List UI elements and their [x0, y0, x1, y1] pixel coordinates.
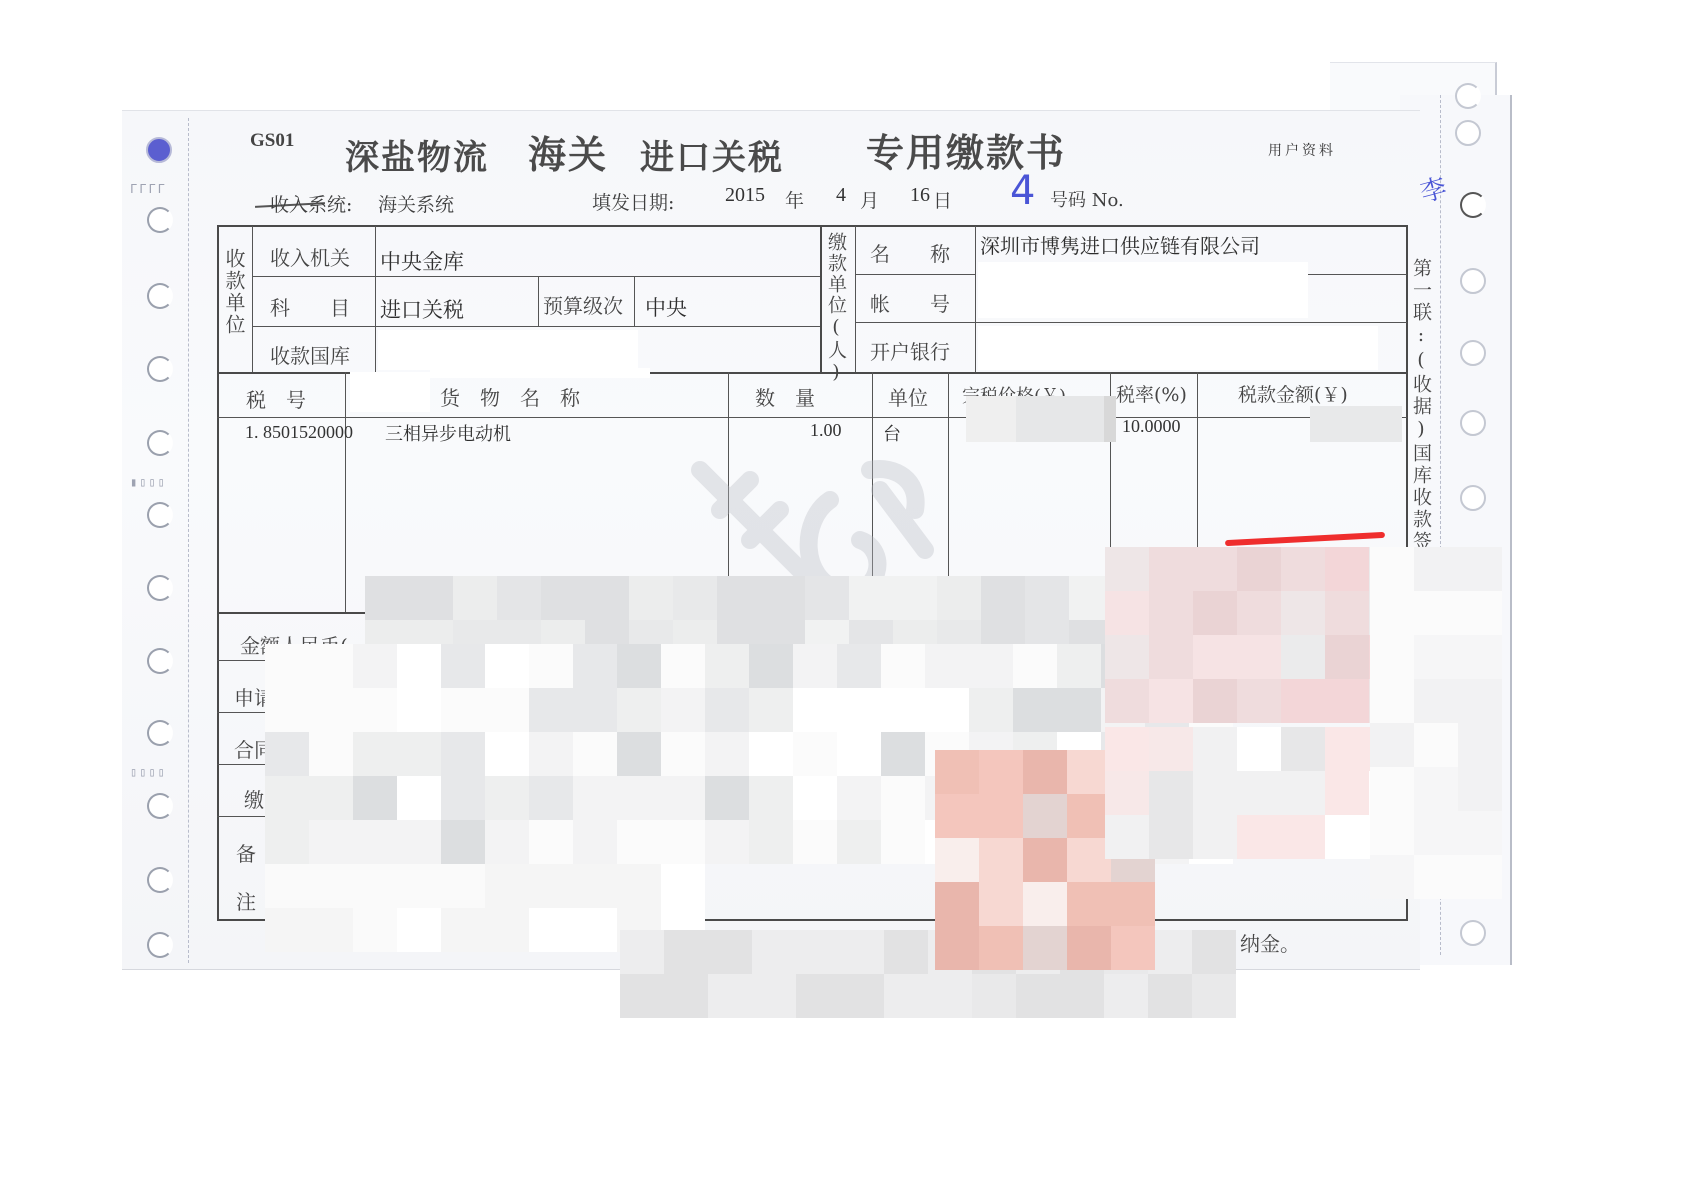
- mosaic-tile: [309, 688, 353, 732]
- mosaic-tile: [573, 908, 617, 952]
- mosaic-tile: [749, 688, 793, 732]
- mosaic-tile: [793, 644, 837, 688]
- corner-stamp-text: 用户资料: [1268, 140, 1336, 160]
- mosaic-tile: [749, 776, 793, 820]
- mosaic-tile: [1237, 635, 1281, 679]
- row-tax-code: 1. 8501520000: [245, 422, 353, 443]
- mosaic-tile: [1149, 815, 1193, 859]
- income-system-value: 海关系统: [378, 190, 454, 217]
- mosaic-tile: [881, 644, 925, 688]
- mosaic-tile: [1023, 838, 1067, 882]
- mosaic-tile: [925, 688, 969, 732]
- mosaic-tile: [397, 732, 441, 776]
- mosaic-tile: [705, 644, 749, 688]
- mosaic-tile: [1193, 771, 1237, 815]
- mosaic-tile: [752, 974, 796, 1018]
- mosaic-tile: [1414, 591, 1458, 635]
- mosaic-tile: [708, 930, 752, 974]
- mosaic-tile: [884, 930, 928, 974]
- mosaic-tile: [1104, 974, 1148, 1018]
- mosaic-tile: [1060, 974, 1104, 1018]
- day-unit: 日: [933, 186, 952, 213]
- mosaic-tile: [1325, 547, 1369, 591]
- punch-hole-icon: [147, 867, 173, 893]
- col-header-unit: 单位: [888, 382, 928, 411]
- mosaic-tile: [1458, 811, 1502, 855]
- mosaic-tile: [793, 776, 837, 820]
- mosaic-tile: [1237, 591, 1281, 635]
- mosaic-tile: [485, 864, 529, 908]
- mosaic-tile: [617, 820, 661, 864]
- punch-hole-icon: [147, 502, 173, 528]
- mosaic-tile: [397, 644, 441, 688]
- mosaic-tile: [485, 644, 529, 688]
- mosaic-tile: [353, 776, 397, 820]
- mosaic-tile: [1237, 547, 1281, 591]
- mosaic-tile: [409, 576, 453, 620]
- mosaic-tile: [979, 794, 1023, 838]
- grid-line: [855, 226, 856, 372]
- mosaic-tile: [1192, 930, 1236, 974]
- punch-hole-icon: [147, 430, 173, 456]
- perforation-ticks: ▮▯▯▯: [130, 475, 167, 489]
- mosaic-tile: [1025, 576, 1069, 620]
- payer-name-value: 深圳市博隽进口供应链有限公司: [980, 230, 1260, 259]
- redacted-bank: [978, 326, 1378, 370]
- mosaic-tile: [620, 974, 664, 1018]
- mosaic-tile: [661, 732, 705, 776]
- punch-hole-icon: [1460, 485, 1486, 511]
- punch-hole-icon: [1460, 340, 1486, 366]
- grid-line: [252, 226, 253, 372]
- mosaic-tile: [485, 776, 529, 820]
- mosaic-tile: [397, 820, 441, 864]
- mosaic-tile: [617, 688, 661, 732]
- mosaic-tile: [1281, 635, 1325, 679]
- mosaic-tile: [1414, 855, 1458, 899]
- mosaic-tile: [265, 776, 309, 820]
- mosaic-tile: [837, 688, 881, 732]
- mosaic-tile: [1458, 591, 1502, 635]
- mosaic-tile: [265, 820, 309, 864]
- mosaic-tile: [752, 930, 796, 974]
- mosaic-tile: [661, 644, 705, 688]
- copy-designation-label: 第一联:(收据)国库收款签章: [1410, 258, 1432, 558]
- mosaic-tile: [705, 688, 749, 732]
- mosaic-tile: [1237, 815, 1281, 859]
- mosaic-tile: [1013, 644, 1057, 688]
- mosaic-tile: [441, 644, 485, 688]
- mosaic-tile: [1370, 855, 1414, 899]
- mosaic-tile: [793, 820, 837, 864]
- mosaic-tile: [1149, 547, 1193, 591]
- redacted-treasury: [378, 330, 638, 370]
- mosaic-tile: [1237, 679, 1281, 723]
- mosaic-tile: [1325, 591, 1369, 635]
- mosaic-tile: [1023, 794, 1067, 838]
- mosaic-tile: [1458, 547, 1502, 591]
- mosaic-tile: [441, 776, 485, 820]
- col-header-goods-name: 货 物 名 称: [440, 382, 580, 411]
- redacted-account: [978, 262, 1308, 318]
- mosaic-tile: [529, 732, 573, 776]
- mosaic-tile: [673, 576, 717, 620]
- mosaic-tile: [979, 882, 1023, 926]
- mosaic-tile: [1149, 727, 1193, 771]
- redacted-tax-amount: [1310, 406, 1402, 442]
- mosaic-tile: [265, 688, 309, 732]
- handwritten-number: 4: [1010, 168, 1035, 214]
- mosaic-tile: [1192, 974, 1236, 1018]
- mosaic-tile: [981, 576, 1025, 620]
- mosaic-tile: [353, 864, 397, 908]
- punch-hole-icon: [1460, 268, 1486, 294]
- punch-hole-icon: [1460, 192, 1486, 218]
- mosaic-tile: [1105, 679, 1149, 723]
- mosaic-tile: [1105, 771, 1149, 815]
- mosaic-tile: [893, 576, 937, 620]
- mosaic-tile: [453, 576, 497, 620]
- mosaic-tile: [1057, 688, 1101, 732]
- col-header-quantity: 数 量: [755, 382, 815, 411]
- mosaic-tile: [353, 732, 397, 776]
- mosaic-tile: [1281, 815, 1325, 859]
- mosaic-tile: [1414, 811, 1458, 855]
- redacted-price: [1016, 396, 1104, 442]
- mosaic-tile: [837, 820, 881, 864]
- col-header-tax-amount: 税款金额(￥): [1238, 380, 1348, 407]
- payer-name-label: 名 称: [870, 238, 950, 267]
- mosaic-tile: [265, 732, 309, 776]
- mosaic-tile: [1325, 771, 1369, 815]
- mosaic-tile: [353, 644, 397, 688]
- mosaic-tile: [441, 820, 485, 864]
- budget-level-value: 中央: [645, 292, 687, 322]
- mosaic-tile: [661, 776, 705, 820]
- punch-hole-icon: [147, 575, 173, 601]
- mosaic-tile: [749, 644, 793, 688]
- mosaic-tile: [1458, 723, 1502, 767]
- mosaic-tile: [1193, 591, 1237, 635]
- mosaic-tile: [1111, 882, 1155, 926]
- punch-hole-icon: [147, 356, 173, 382]
- mosaic-tile: [529, 864, 573, 908]
- mosaic-tile: [309, 864, 353, 908]
- mosaic-tile: [441, 732, 485, 776]
- mosaic-tile: [805, 576, 849, 620]
- mosaic-tile: [928, 974, 972, 1018]
- row-goods-name: 三相异步电动机: [385, 420, 511, 446]
- payment-label: 缴: [244, 784, 264, 813]
- grid-line: [1305, 274, 1407, 275]
- revenue-authority-value: 中央金库: [380, 246, 464, 276]
- title-issuer: 深盐物流: [345, 130, 489, 179]
- mosaic-tile: [717, 576, 761, 620]
- mosaic-tile: [1370, 591, 1414, 635]
- perforation-ticks: ▯▯▯▯: [130, 765, 167, 779]
- mosaic-tile: [620, 930, 664, 974]
- mosaic-tile: [585, 576, 629, 620]
- mosaic-tile: [1370, 679, 1414, 723]
- mosaic-tile: [1281, 679, 1325, 723]
- mosaic-tile: [1023, 750, 1067, 794]
- mosaic-tile: [353, 820, 397, 864]
- mosaic-tile: [1414, 679, 1458, 723]
- treasury-label: 收款国库: [270, 340, 350, 369]
- mosaic-tile: [705, 776, 749, 820]
- mosaic-tile: [969, 688, 1013, 732]
- mosaic-tile: [840, 930, 884, 974]
- mosaic-tile: [573, 688, 617, 732]
- mosaic-tile: [529, 644, 573, 688]
- mosaic-tile: [1458, 679, 1502, 723]
- mosaic-tile: [1149, 679, 1193, 723]
- mosaic-tile: [617, 864, 661, 908]
- issue-day: 16: [910, 184, 930, 207]
- mosaic-tile: [1237, 771, 1281, 815]
- mosaic-tile: [1281, 547, 1325, 591]
- mosaic-tile: [1023, 926, 1067, 970]
- title-tax-type: 进口关税: [640, 130, 784, 179]
- revenue-authority-label: 收入机关: [270, 242, 350, 271]
- mosaic-tile: [353, 688, 397, 732]
- issue-year: 2015: [725, 184, 765, 207]
- mosaic-tile: [617, 644, 661, 688]
- mosaic-tile: [573, 864, 617, 908]
- mosaic-tile: [837, 644, 881, 688]
- mosaic-tile: [935, 838, 979, 882]
- mosaic-tile: [1370, 547, 1414, 591]
- mosaic-tile: [705, 820, 749, 864]
- mosaic-tile: [309, 776, 353, 820]
- mosaic-tile: [573, 776, 617, 820]
- mosaic-tile: [573, 820, 617, 864]
- mosaic-tile: [397, 776, 441, 820]
- mosaic-tile: [837, 776, 881, 820]
- mosaic-tile: [1105, 591, 1149, 635]
- mosaic-tile: [265, 864, 309, 908]
- mosaic-tile: [1193, 679, 1237, 723]
- mosaic-tile: [661, 688, 705, 732]
- mosaic-tile: [840, 974, 884, 1018]
- redacted-strip: [350, 372, 430, 412]
- mosaic-tile: [1370, 811, 1414, 855]
- table-border-top: [217, 225, 1407, 227]
- mosaic-tile: [935, 750, 979, 794]
- redacted-strip: [430, 368, 650, 378]
- mosaic-tile: [661, 820, 705, 864]
- mosaic-tile: [1105, 547, 1149, 591]
- payer-bank-label: 开户银行: [870, 336, 950, 365]
- mosaic-tile: [1414, 767, 1458, 811]
- mosaic-tile: [979, 838, 1023, 882]
- mosaic-tile: [661, 864, 705, 908]
- grid-line: [975, 226, 976, 372]
- mosaic-tile: [749, 820, 793, 864]
- mosaic-tile: [979, 750, 1023, 794]
- mosaic-tile: [937, 576, 981, 620]
- mosaic-tile: [1023, 882, 1067, 926]
- grid-line: [252, 326, 820, 327]
- grid-line: [820, 226, 822, 372]
- mosaic-tile: [793, 688, 837, 732]
- mosaic-tile: [441, 688, 485, 732]
- remarks-label-1: 备: [236, 838, 256, 867]
- mosaic-tile: [1237, 727, 1281, 771]
- mosaic-tile: [881, 776, 925, 820]
- year-unit: 年: [785, 186, 804, 213]
- mosaic-tile: [979, 926, 1023, 970]
- form-code: GS01: [250, 130, 294, 152]
- mosaic-tile: [1414, 723, 1458, 767]
- mosaic-tile: [309, 732, 353, 776]
- mosaic-tile: [309, 908, 353, 952]
- mosaic-tile: [708, 974, 752, 1018]
- mosaic-tile: [573, 732, 617, 776]
- mosaic-tile: [1458, 767, 1502, 811]
- mosaic-tile: [664, 974, 708, 1018]
- mosaic-tile: [485, 732, 529, 776]
- mosaic-tile: [1105, 635, 1149, 679]
- mosaic-tile: [749, 732, 793, 776]
- mosaic-tile: [1193, 547, 1237, 591]
- mosaic-tile: [837, 732, 881, 776]
- mosaic-tile: [796, 974, 840, 1018]
- mosaic-tile: [972, 974, 1016, 1018]
- grid-line: [855, 322, 1407, 323]
- mosaic-tile: [793, 732, 837, 776]
- mosaic-tile: [705, 732, 749, 776]
- punch-hole-icon: [1455, 83, 1481, 109]
- grid-line: [538, 276, 539, 326]
- mosaic-tile: [265, 908, 309, 952]
- mosaic-tile: [796, 930, 840, 974]
- subject-value: 进口关税: [380, 294, 464, 324]
- mosaic-tile: [309, 644, 353, 688]
- payer-account-label: 帐 号: [870, 288, 950, 317]
- col-header-tax-code: 税 号: [246, 384, 306, 413]
- mosaic-tile: [617, 732, 661, 776]
- col-header-tax-rate: 税率(%): [1116, 380, 1187, 407]
- mosaic-tile: [1370, 635, 1414, 679]
- mosaic-tile: [1105, 815, 1149, 859]
- remarks-label-2: 注: [236, 886, 256, 915]
- row-unit: 台: [883, 420, 901, 446]
- title-customs: 海关: [528, 124, 608, 179]
- subject-label: 科 目: [270, 292, 350, 321]
- mosaic-tile: [1414, 547, 1458, 591]
- mosaic-tile: [1193, 815, 1237, 859]
- mosaic-tile: [1105, 727, 1149, 771]
- grid-line: [634, 276, 635, 326]
- grid-line: [855, 274, 975, 275]
- budget-level-label: 预算级次: [543, 290, 623, 319]
- mosaic-tile: [1149, 591, 1193, 635]
- month-unit: 月: [860, 186, 879, 213]
- mosaic-tile: [881, 688, 925, 732]
- mosaic-tile: [441, 864, 485, 908]
- grid-line: [345, 372, 346, 612]
- mosaic-tile: [884, 974, 928, 1018]
- mosaic-tile: [881, 820, 925, 864]
- mosaic-tile: [365, 576, 409, 620]
- mosaic-tile: [485, 688, 529, 732]
- mosaic-tile: [1193, 727, 1237, 771]
- issue-date-label: 填发日期:: [592, 188, 674, 215]
- mosaic-tile: [529, 908, 573, 952]
- mosaic-tile: [664, 930, 708, 974]
- mosaic-tile: [1370, 767, 1414, 811]
- mosaic-tile: [881, 732, 925, 776]
- number-label: 号码 No.: [1050, 186, 1124, 212]
- mosaic-tile: [935, 794, 979, 838]
- mosaic-tile: [1193, 635, 1237, 679]
- mosaic-tile: [441, 908, 485, 952]
- punch-hole-icon: [147, 648, 173, 674]
- mosaic-tile: [1067, 926, 1111, 970]
- mosaic-tile: [529, 776, 573, 820]
- mosaic-tile: [573, 644, 617, 688]
- mosaic-tile: [485, 908, 529, 952]
- row-tax-rate: 10.0000: [1122, 416, 1181, 437]
- punch-hole-icon: [147, 793, 173, 819]
- grid-line: [375, 226, 376, 372]
- redacted-price: [1104, 396, 1116, 442]
- mosaic-tile: [1370, 723, 1414, 767]
- punch-hole-icon: [1455, 120, 1481, 146]
- mosaic-tile: [629, 576, 673, 620]
- mosaic-tile: [1414, 635, 1458, 679]
- mosaic-tile: [1325, 815, 1369, 859]
- mosaic-tile: [1325, 635, 1369, 679]
- mosaic-tile: [1281, 771, 1325, 815]
- mosaic-tile: [1016, 974, 1060, 1018]
- mosaic-tile: [353, 908, 397, 952]
- issue-month: 4: [836, 184, 846, 207]
- punch-hole-icon: [147, 207, 173, 233]
- grid-line: [252, 276, 820, 277]
- mosaic-tile: [497, 576, 541, 620]
- punch-hole-icon: [147, 720, 173, 746]
- payer-group-label: 缴款单位(人): [825, 232, 847, 385]
- row-quantity: 1.00: [810, 420, 842, 441]
- mosaic-tile: [485, 820, 529, 864]
- mosaic-tile: [1325, 679, 1369, 723]
- mosaic-tile: [969, 644, 1013, 688]
- grid-line: [1197, 372, 1198, 547]
- grid-line: [217, 417, 1407, 418]
- payee-group-label: 收款单位: [222, 248, 246, 336]
- mosaic-tile: [849, 576, 893, 620]
- punch-hole-icon: [147, 283, 173, 309]
- mosaic-tile: [1149, 635, 1193, 679]
- mosaic-tile: [529, 688, 573, 732]
- mosaic-tile: [1148, 974, 1192, 1018]
- punch-hole-icon: [146, 137, 172, 163]
- mosaic-tile: [1458, 635, 1502, 679]
- mosaic-tile: [925, 644, 969, 688]
- mosaic-tile: [397, 688, 441, 732]
- mosaic-tile: [1281, 591, 1325, 635]
- mosaic-tile: [1281, 727, 1325, 771]
- title-document: 专用缴款书: [866, 122, 1066, 177]
- income-system-label: 收入系统:: [270, 190, 352, 217]
- mosaic-tile: [935, 882, 979, 926]
- perforation-line-left: [188, 118, 189, 963]
- footer-fragment: 纳金。: [1240, 928, 1300, 957]
- mosaic-tile: [617, 776, 661, 820]
- mosaic-tile: [309, 820, 353, 864]
